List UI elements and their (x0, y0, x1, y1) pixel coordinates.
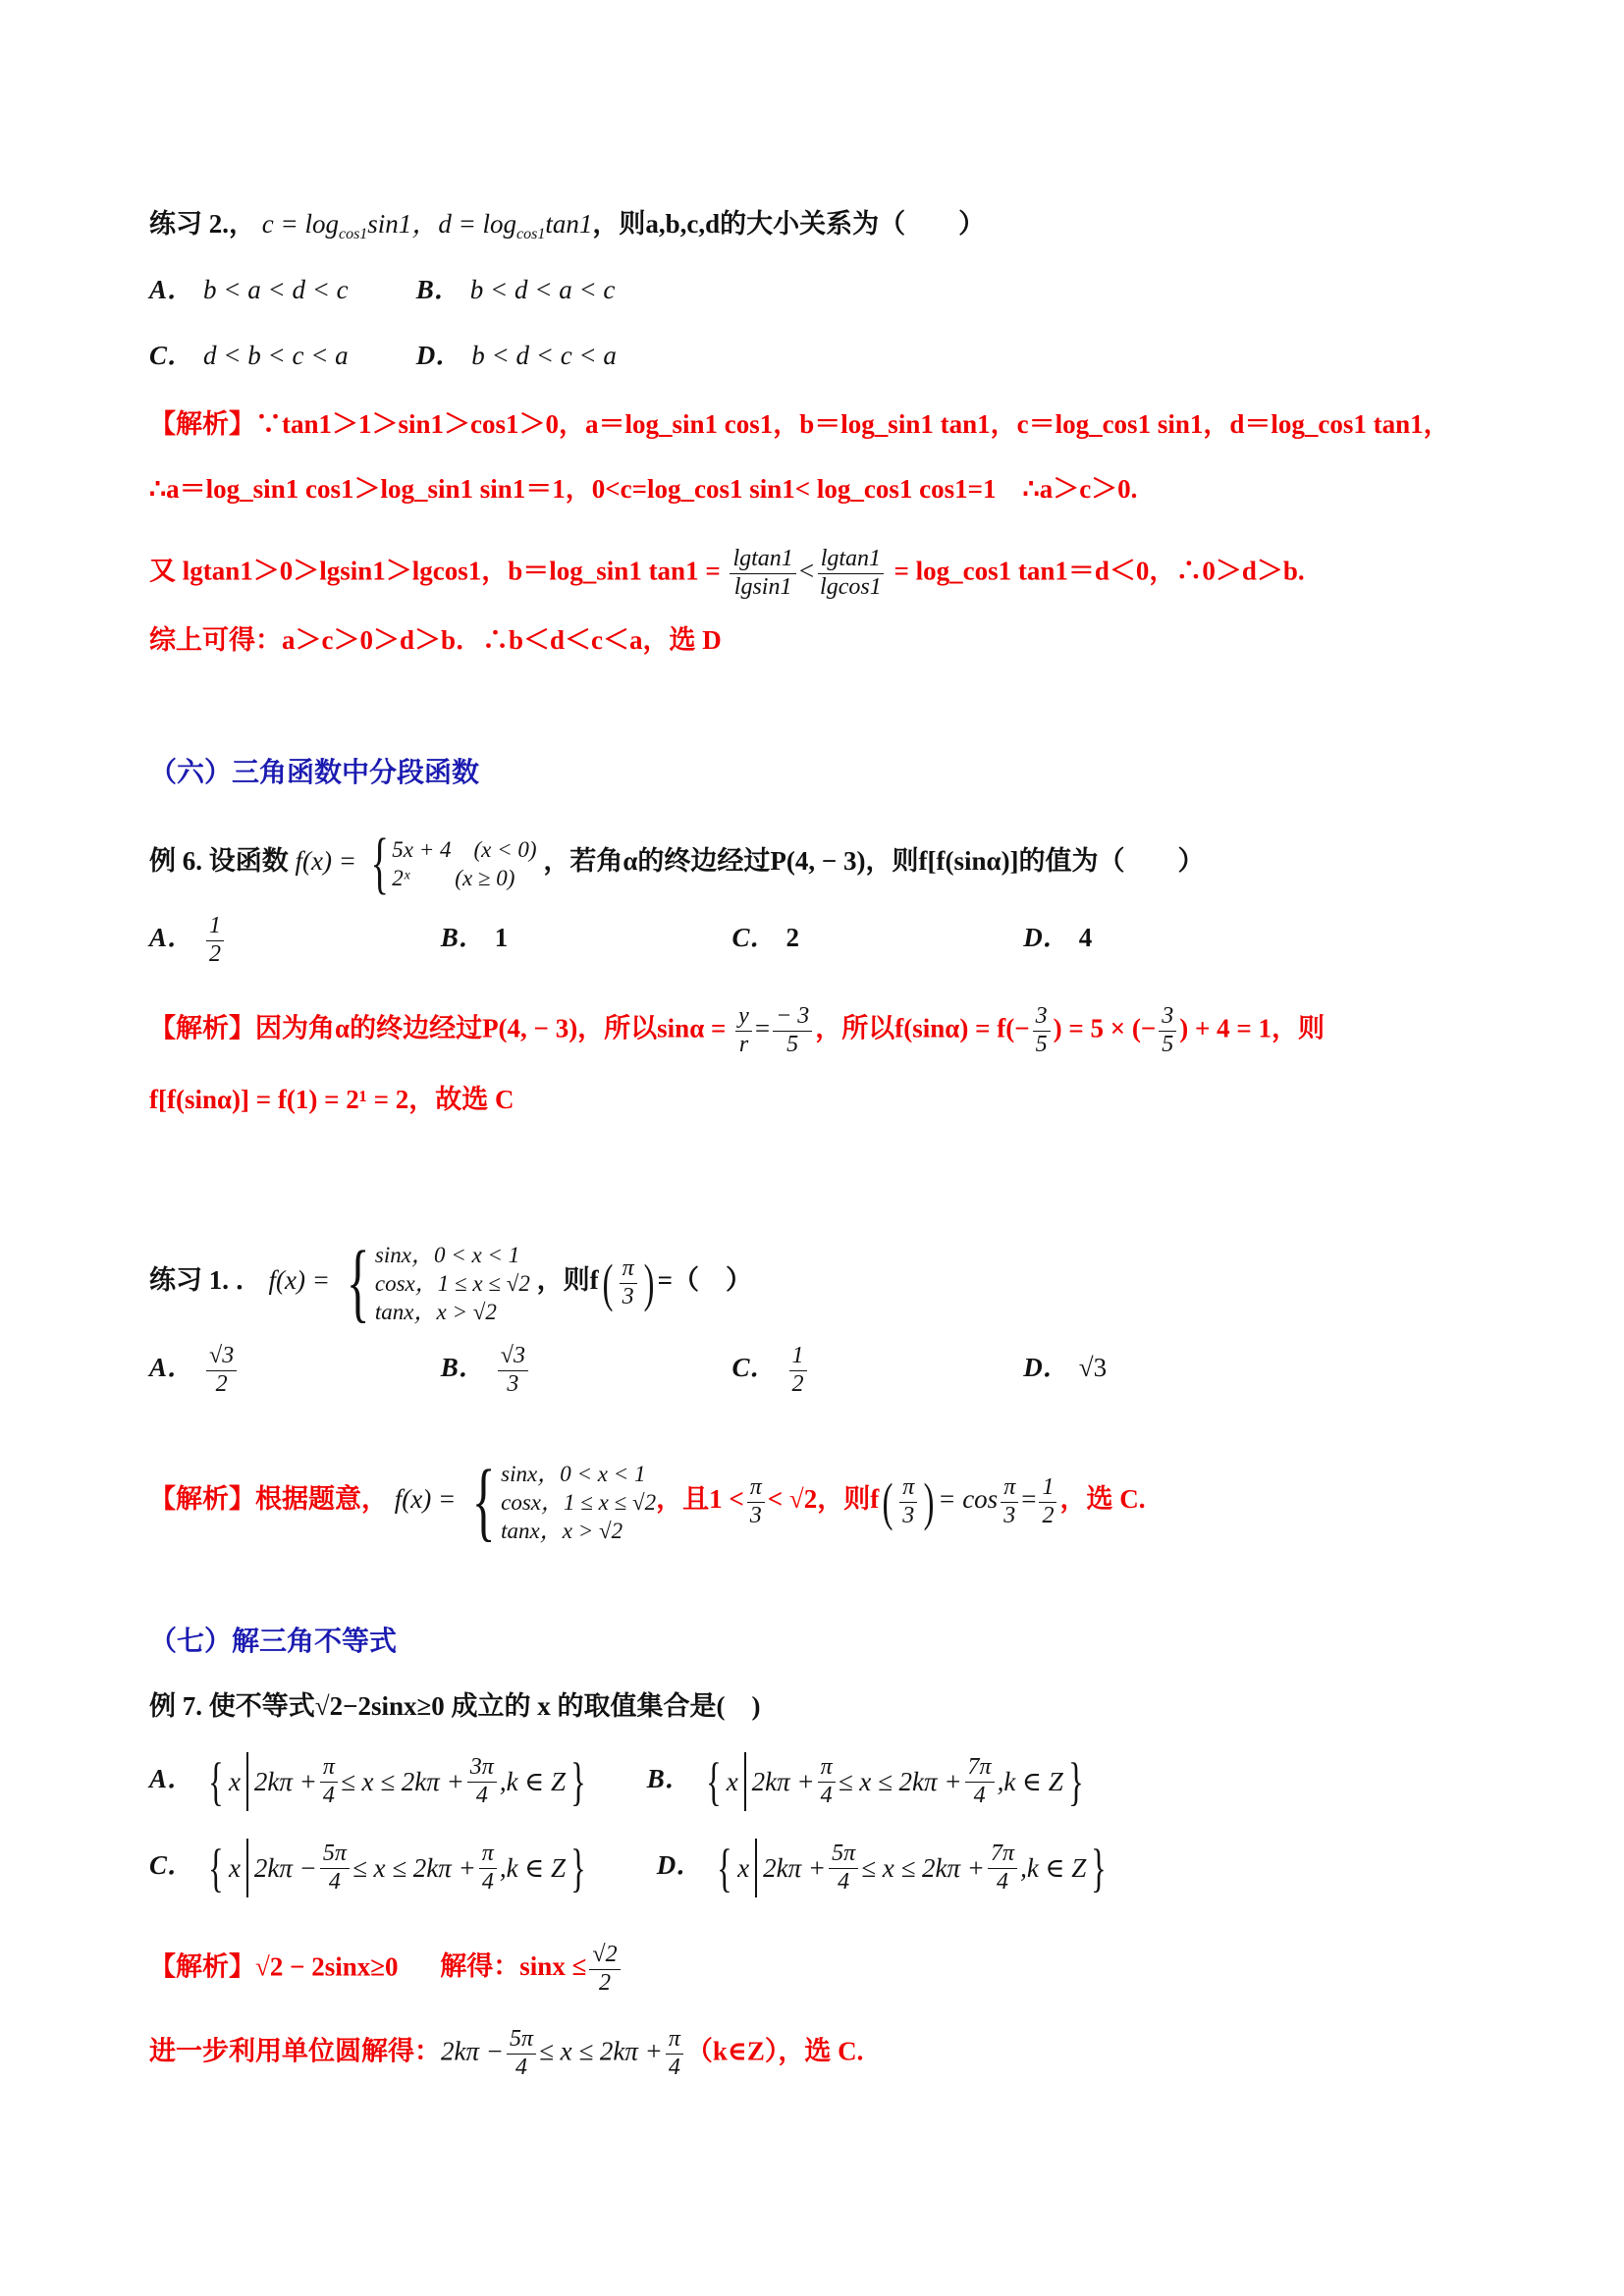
practice2-solution-line4: 综上可得：a＞c＞0＞d＞b．∴b＜d＜c＜a，选 D (149, 620, 722, 660)
set-text: ≤ x ≤ 2kπ + (861, 1848, 985, 1888)
fraction: 35 (1033, 1003, 1051, 1058)
option-d: D．4 (1023, 918, 1092, 957)
d-expr: d = log (438, 209, 516, 239)
option-label: C． (149, 341, 193, 370)
numerator: 1 (789, 1343, 807, 1371)
d-arg: tan1 (545, 209, 592, 239)
solution-text: ∵tan1＞1＞sin1＞cos1＞0，a＝log_sin1 cos1，b＝lo… (255, 409, 1450, 439)
option-label: D． (1023, 923, 1069, 952)
c-base: cos1 (339, 226, 367, 242)
set-expression: {x2kπ −5π4≤ x ≤ 2kπ +π4,k ∈ Z} (203, 1839, 591, 1897)
numerator: π (479, 1841, 497, 1869)
numerator: lgtan1 (730, 546, 795, 574)
question-label: 练习 1. ． (149, 1265, 262, 1295)
option-text: d < b < c < a (203, 341, 349, 370)
option-b: B．{x2kπ +π4≤ x ≤ 2kπ +7π4,k ∈ Z} (647, 1752, 1089, 1811)
option-label: B． (416, 275, 460, 304)
fraction: 12 (1039, 1474, 1056, 1529)
solution-text: 又 lgtan1＞0＞lgsin1＞lgcos1，b＝log_sin1 tan1… (149, 556, 721, 585)
option-d: D．b < d < c < a (416, 336, 617, 375)
c-arg: sin1 (367, 209, 411, 239)
denominator: 4 (971, 1783, 989, 1810)
set-expression: {x2kπ +π4≤ x ≤ 2kπ +7π4,k ∈ Z} (701, 1752, 1089, 1811)
fraction: 5π4 (507, 2026, 536, 2081)
option-d: D．{x2kπ +5π4≤ x ≤ 2kπ +7π4,k ∈ Z} (657, 1839, 1111, 1897)
denominator: 4 (666, 2055, 683, 2082)
set-text: ,k ∈ Z (500, 1848, 566, 1888)
numerator: 5π (320, 1841, 350, 1869)
fraction: − 35 (773, 1003, 812, 1058)
option-c: C．12 (732, 1343, 1017, 1398)
option-b: B．b < d < a < c (416, 270, 616, 309)
solution-tag: 【解析】 (149, 1013, 255, 1042)
example6-solution-line2: f[f(sinα)] = f(1) = 2¹ = 2，故选 C (149, 1080, 514, 1119)
denominator: 4 (994, 1869, 1011, 1896)
practice2-solution-line3: 又 lgtan1＞0＞lgsin1＞lgcos1，b＝log_sin1 tan1… (149, 546, 1305, 601)
fraction: 35 (1159, 1003, 1176, 1058)
equals: = (1021, 1484, 1036, 1514)
piecewise: {5x + 4 (x < 0)2ˣ (x ≥ 0) (363, 829, 537, 898)
solution-text: 综上可得：a＞c＞0＞d＞b．∴b＜d＜c＜a，选 D (149, 625, 722, 655)
option-label: C． (732, 923, 777, 952)
solution-text: ，所以f(sinα) = f(− (815, 1013, 1029, 1042)
option-a: A．√32 (149, 1343, 434, 1398)
practice2-options-row1: A．b < a < d < c B．b < d < a < c (149, 270, 615, 309)
numerator: 3π (467, 1754, 497, 1783)
solution-text: √2 − 2sinx≥0 (255, 1951, 399, 1981)
solution-text: f[f(sinα)] = f(1) = 2¹ = 2，故选 C (149, 1085, 514, 1114)
d-base: cos1 (516, 226, 545, 242)
fraction: √32 (206, 1343, 237, 1398)
denominator: 2 (213, 1371, 231, 1399)
numerator: 7π (965, 1754, 995, 1783)
solution-text: = log_cos1 tan1＝d＜0，∴0＞d＞b. (893, 556, 1304, 585)
piecewise: {sinx，0 < x < 1cosx，1 ≤ x ≤ √2tanx，x > √… (462, 1458, 656, 1546)
set-text: ,k ∈ Z (998, 1762, 1063, 1801)
solution-tag: 【解析】 (149, 409, 255, 439)
solution-text: ∴a＝log_sin1 cos1＞log_sin1 sin1＝1，0<c=log… (149, 474, 1137, 504)
fraction: lgtan1lgcos1 (817, 546, 885, 601)
example6-question: 例 6. 设函数 f(x) = {5x + 4 (x < 0)2ˣ (x ≥ 0… (149, 829, 1205, 898)
option-label: B． (647, 1764, 691, 1793)
option-text: b < d < c < a (471, 341, 617, 370)
case-row: cosx，1 ≤ x ≤ √2 (375, 1269, 530, 1298)
numerator: 5π (829, 1841, 858, 1869)
set-text: ,k ∈ Z (500, 1762, 566, 1801)
solution-tag: 【解析】 (149, 1484, 255, 1514)
solution-text: = cos (938, 1484, 998, 1514)
fraction: 12 (789, 1343, 807, 1398)
denominator: 4 (835, 1869, 852, 1896)
option-label: B． (441, 1353, 485, 1382)
solution-text: 因为角α的终边经过P(4, − 3)，所以sinα = (255, 1013, 726, 1042)
set-text: ≤ x ≤ 2kπ + (839, 1762, 962, 1801)
set-var: x (737, 1848, 749, 1888)
practice2-question: 练习 2.， c = logcos1sin1，d = logcos1tan1，则… (149, 204, 985, 254)
question-label: 练习 2.， (149, 209, 255, 239)
numerator: √2 (589, 1942, 620, 1970)
option-b: B．√33 (441, 1343, 726, 1398)
option-label: B． (441, 923, 485, 952)
example7-solution-line1: 【解析】√2 − 2sinx≥0 解得：sinx ≤√22 (149, 1942, 623, 1997)
solution-text: 根据题意， (255, 1484, 388, 1514)
option-c: C．{x2kπ −5π4≤ x ≤ 2kπ +π4,k ∈ Z} (149, 1839, 650, 1897)
case-row: tanx，x > √2 (501, 1517, 656, 1545)
option-label: D． (657, 1850, 703, 1880)
practice2-solution-line2: ∴a＝log_sin1 cos1＞log_sin1 sin1＝1，0<c=log… (149, 469, 1137, 508)
denominator: 2 (789, 1371, 807, 1399)
set-expression: {x2kπ +5π4≤ x ≤ 2kπ +7π4,k ∈ Z} (712, 1839, 1111, 1897)
solution-text: 解得：sinx ≤ (440, 1951, 586, 1981)
set-var: x (229, 1762, 241, 1801)
option-label: D． (416, 341, 462, 370)
denominator: 4 (326, 1869, 344, 1896)
question-text: ，则f (537, 1265, 599, 1295)
example6-solution-line1: 【解析】因为角α的终边经过P(4, − 3)，所以sinα = yr=− 35，… (149, 1003, 1325, 1058)
denominator: 4 (513, 2055, 530, 2082)
option-c: C．d < b < c < a (149, 336, 409, 375)
numerator: √3 (206, 1343, 237, 1371)
solution-text: 进一步利用单位圆解得： (149, 2036, 441, 2065)
option-text: 1 (495, 923, 509, 952)
set-text: ,k ∈ Z (1020, 1848, 1086, 1888)
denominator: 4 (479, 1869, 497, 1896)
numerator: 7π (988, 1841, 1017, 1869)
denominator: 2 (206, 941, 224, 969)
function-name: f(x) = (296, 846, 356, 876)
set-text: ≤ x ≤ 2kπ + (352, 1848, 476, 1888)
option-text: b < a < d < c (203, 275, 349, 304)
fraction: 12 (206, 913, 224, 968)
numerator: 5π (507, 2026, 536, 2055)
fraction: π3 (1001, 1474, 1018, 1529)
option-text: √3 (1079, 1353, 1107, 1382)
solution-text: ，且1 < (656, 1484, 744, 1514)
case-row: 2ˣ (x ≥ 0) (392, 864, 536, 892)
question-tail: ，则a,b,c,d的大小关系为（ ） (592, 209, 985, 239)
denominator: 2 (596, 1970, 614, 1998)
case-row: sinx，0 < x < 1 (501, 1460, 656, 1488)
case-row: sinx，0 < x < 1 (375, 1241, 530, 1269)
practice1-question: 练习 1. ． f(x) = {sinx，0 < x < 1cosx，1 ≤ x… (149, 1239, 752, 1327)
section-title-6: （六）三角函数中分段函数 (149, 753, 479, 792)
set-text: 2kπ + (254, 1762, 317, 1801)
option-c: C．2 (732, 918, 1017, 957)
practice1-options: A．√32 B．√33 C．12 D．√3 (149, 1343, 1107, 1398)
numerator: π (320, 1754, 338, 1783)
option-b: B．1 (441, 918, 726, 957)
denominator: lgsin1 (731, 574, 795, 602)
fraction: π3 (747, 1474, 765, 1529)
fraction: √33 (498, 1343, 528, 1398)
question-tail: ，若角α的终边经过P(4, − 3)，则f[f(sinα)]的值为（ ） (543, 846, 1204, 876)
option-d: D．√3 (1023, 1348, 1107, 1387)
option-label: C． (149, 1850, 193, 1880)
denominator: lgcos1 (817, 574, 885, 602)
solution-math: 2kπ − (441, 2036, 504, 2065)
solution-math: ≤ x ≤ 2kπ + (539, 2036, 663, 2065)
fraction: yr (735, 1003, 752, 1058)
option-a: A．12 (149, 913, 434, 968)
set-var: x (727, 1762, 738, 1801)
numerator: π (620, 1255, 637, 1284)
option-label: A． (149, 1353, 193, 1382)
c-expr: c = log (262, 209, 339, 239)
solution-text: ，选 C. (1059, 1484, 1145, 1514)
practice1-solution: 【解析】根据题意， f(x) = {sinx，0 < x < 1cosx，1 ≤… (149, 1458, 1145, 1546)
example6-options: A．12 B．1 C．2 D．4 (149, 913, 1092, 968)
denominator: 4 (320, 1783, 338, 1810)
section-title-7: （七）解三角不等式 (149, 1622, 397, 1661)
solution-tag: 【解析】 (149, 1951, 255, 1981)
option-a: A．b < a < d < c (149, 270, 409, 309)
denominator: 3 (504, 1371, 521, 1399)
set-text: 2kπ + (763, 1848, 826, 1888)
fraction: π3 (620, 1255, 637, 1310)
question-label: 例 6. 设函数 (149, 846, 289, 876)
case-row: cosx，1 ≤ x ≤ √2 (501, 1488, 656, 1517)
denominator: r (736, 1032, 751, 1059)
set-text: ≤ x ≤ 2kπ + (341, 1762, 464, 1801)
fraction: √22 (589, 1942, 620, 1997)
solution-text: ) + 4 = 1，则 (1179, 1013, 1325, 1042)
option-label: A． (149, 275, 193, 304)
numerator: √3 (498, 1343, 528, 1371)
practice2-options-row2: C．d < b < c < a D．b < d < c < a (149, 336, 617, 375)
example7-question: 例 7. 使不等式√2−2sinx≥0 成立的 x 的取值集合是( ) (149, 1686, 761, 1726)
example7-solution-line2: 进一步利用单位圆解得：2kπ −5π4≤ x ≤ 2kπ +π4（k∈Z），选 … (149, 2026, 863, 2081)
set-text: 2kπ − (254, 1848, 317, 1888)
denominator: 4 (473, 1783, 491, 1810)
numerator: y (735, 1003, 752, 1032)
numerator: π (818, 1754, 836, 1783)
numerator: lgtan1 (818, 546, 884, 574)
practice2-solution-line1: 【解析】∵tan1＞1＞sin1＞cos1＞0，a＝log_sin1 cos1，… (149, 404, 1450, 444)
question-tail: =（ ） (658, 1265, 752, 1295)
option-text: 2 (786, 923, 800, 952)
example7-options-row1: A．{x2kπ +π4≤ x ≤ 2kπ +3π4,k ∈ Z} B．{x2kπ… (149, 1752, 1089, 1811)
fraction: π4 (666, 2026, 683, 2081)
case-row: tanx，x > √2 (375, 1298, 530, 1326)
denominator: 5 (784, 1032, 801, 1059)
denominator: 4 (818, 1783, 836, 1810)
solution-text: （k∈Z），选 C. (686, 2036, 864, 2065)
case-row: 5x + 4 (x < 0) (392, 835, 536, 864)
solution-text: ) = 5 × (− (1054, 1013, 1157, 1042)
numerator: − 3 (773, 1003, 812, 1032)
set-text: 2kπ + (752, 1762, 815, 1801)
fraction: π3 (899, 1474, 917, 1529)
numerator: π (666, 2026, 683, 2055)
option-label: C． (732, 1353, 777, 1382)
option-text: b < d < a < c (470, 275, 616, 304)
function-name: f(x) = (269, 1265, 330, 1295)
option-text: 4 (1079, 923, 1093, 952)
solution-text: < √2，则f (768, 1484, 879, 1514)
example7-options-row2: C．{x2kπ −5π4≤ x ≤ 2kπ +π4,k ∈ Z} D．{x2kπ… (149, 1839, 1111, 1897)
piecewise: {sinx，0 < x < 1cosx，1 ≤ x ≤ √2tanx，x > √… (337, 1239, 530, 1327)
option-label: A． (149, 923, 193, 952)
fraction: lgtan1lgsin1 (730, 546, 795, 601)
numerator: 1 (206, 913, 224, 941)
denominator: 3 (620, 1284, 637, 1311)
option-label: D． (1023, 1353, 1069, 1382)
option-a: A．{x2kπ +π4≤ x ≤ 2kπ +3π4,k ∈ Z} (149, 1752, 640, 1811)
function-name: f(x) = (395, 1484, 456, 1514)
set-expression: {x2kπ +π4≤ x ≤ 2kπ +3π4,k ∈ Z} (203, 1752, 591, 1811)
option-label: A． (149, 1764, 193, 1793)
set-var: x (229, 1848, 241, 1888)
